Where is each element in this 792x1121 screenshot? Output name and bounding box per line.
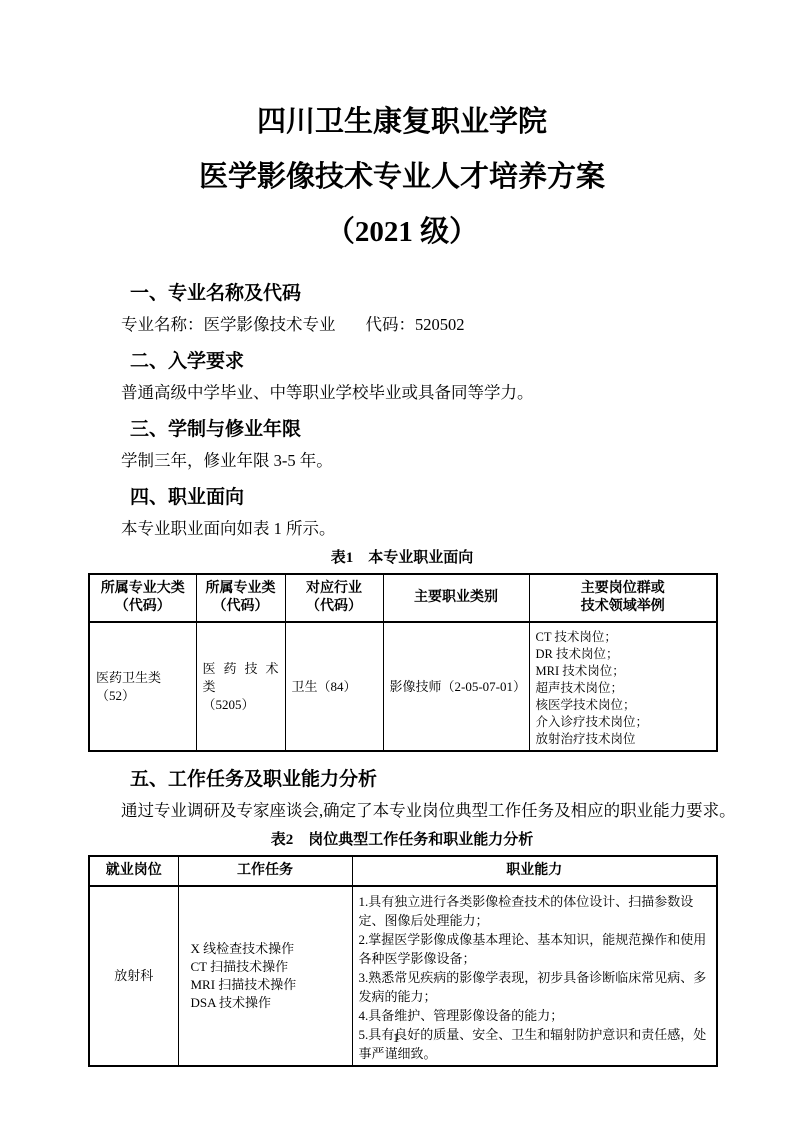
doc-title: 四川卫生康复职业学院 医学影像技术专业人才培养方案 （2021 级） bbox=[88, 95, 716, 260]
table1-caption: 表1 本专业职业面向 bbox=[88, 547, 716, 569]
table2-header-row: 就业岗位 工作任务 职业能力 bbox=[89, 856, 717, 886]
career-orientation-text: 本专业职业面向如表 1 所示。 bbox=[88, 514, 716, 544]
section-4-heading: 四、职业面向 bbox=[88, 482, 716, 514]
col-header-post: 就业岗位 bbox=[89, 856, 178, 886]
major-name-paragraph: 专业名称：医学影像技术专业代码：520502 bbox=[88, 310, 716, 340]
col-header-abilities: 职业能力 bbox=[352, 856, 717, 886]
cell-industry: 卫生（84） bbox=[285, 622, 383, 751]
doc-title-line-1: 四川卫生康复职业学院 bbox=[88, 95, 716, 150]
document-page: 四川卫生康复职业学院 医学影像技术专业人才培养方案 （2021 级） 一、专业名… bbox=[0, 0, 792, 1121]
col-header-occupation: 主要职业类别 bbox=[383, 574, 529, 622]
cell-occupation: 影像技师（2-05-07-01） bbox=[383, 622, 529, 751]
cell-major-category: 医药卫生类（52） bbox=[89, 622, 196, 751]
col-header-industry: 对应行业 （代码） bbox=[285, 574, 383, 622]
col-header-major-category: 所属专业大类 （代码） bbox=[89, 574, 196, 622]
section-3-heading: 三、学制与修业年限 bbox=[88, 414, 716, 446]
section-5-heading: 五、工作任务及职业能力分析 bbox=[88, 764, 716, 796]
cell-category: 医 药 技 术 类 （5205） bbox=[196, 622, 285, 751]
major-code-label: 代码：520502 bbox=[366, 315, 465, 334]
schooling-years-text: 学制三年，修业年限 3-5 年。 bbox=[88, 446, 716, 476]
col-header-category: 所属专业类 （代码） bbox=[196, 574, 285, 622]
section-1-heading: 一、专业名称及代码 bbox=[88, 278, 716, 310]
career-orientation-table: 所属专业大类 （代码） 所属专业类 （代码） 对应行业 （代码） 主要职业类别 … bbox=[88, 573, 718, 752]
doc-title-line-3: （2021 级） bbox=[88, 205, 716, 260]
table1-header-row: 所属专业大类 （代码） 所属专业类 （代码） 对应行业 （代码） 主要职业类别 … bbox=[89, 574, 717, 622]
table1-data-row: 医药卫生类（52） 医 药 技 术 类 （5205） 卫生（84） 影像技师（2… bbox=[89, 622, 717, 751]
section-2-heading: 二、入学要求 bbox=[88, 346, 716, 378]
col-header-tasks: 工作任务 bbox=[178, 856, 352, 886]
doc-title-line-2: 医学影像技术专业人才培养方案 bbox=[88, 150, 716, 205]
page-number: 1 bbox=[0, 1030, 792, 1046]
cell-position-examples: CT 技术岗位； DR 技术岗位； MRI 技术岗位； 超声技术岗位； 核医学技… bbox=[529, 622, 717, 751]
admission-requirement-text: 普通高级中学毕业、中等职业学校毕业或具备同等学力。 bbox=[88, 378, 716, 408]
col-header-positions: 主要岗位群或 技术领域举例 bbox=[529, 574, 717, 622]
table2-caption: 表2 岗位典型工作任务和职业能力分析 bbox=[88, 829, 716, 851]
analysis-intro-text: 通过专业调研及专家座谈会,确定了本专业岗位典型工作任务及相应的职业能力要求。 bbox=[88, 796, 716, 826]
major-name-label: 专业名称：医学影像技术专业 bbox=[121, 315, 336, 334]
